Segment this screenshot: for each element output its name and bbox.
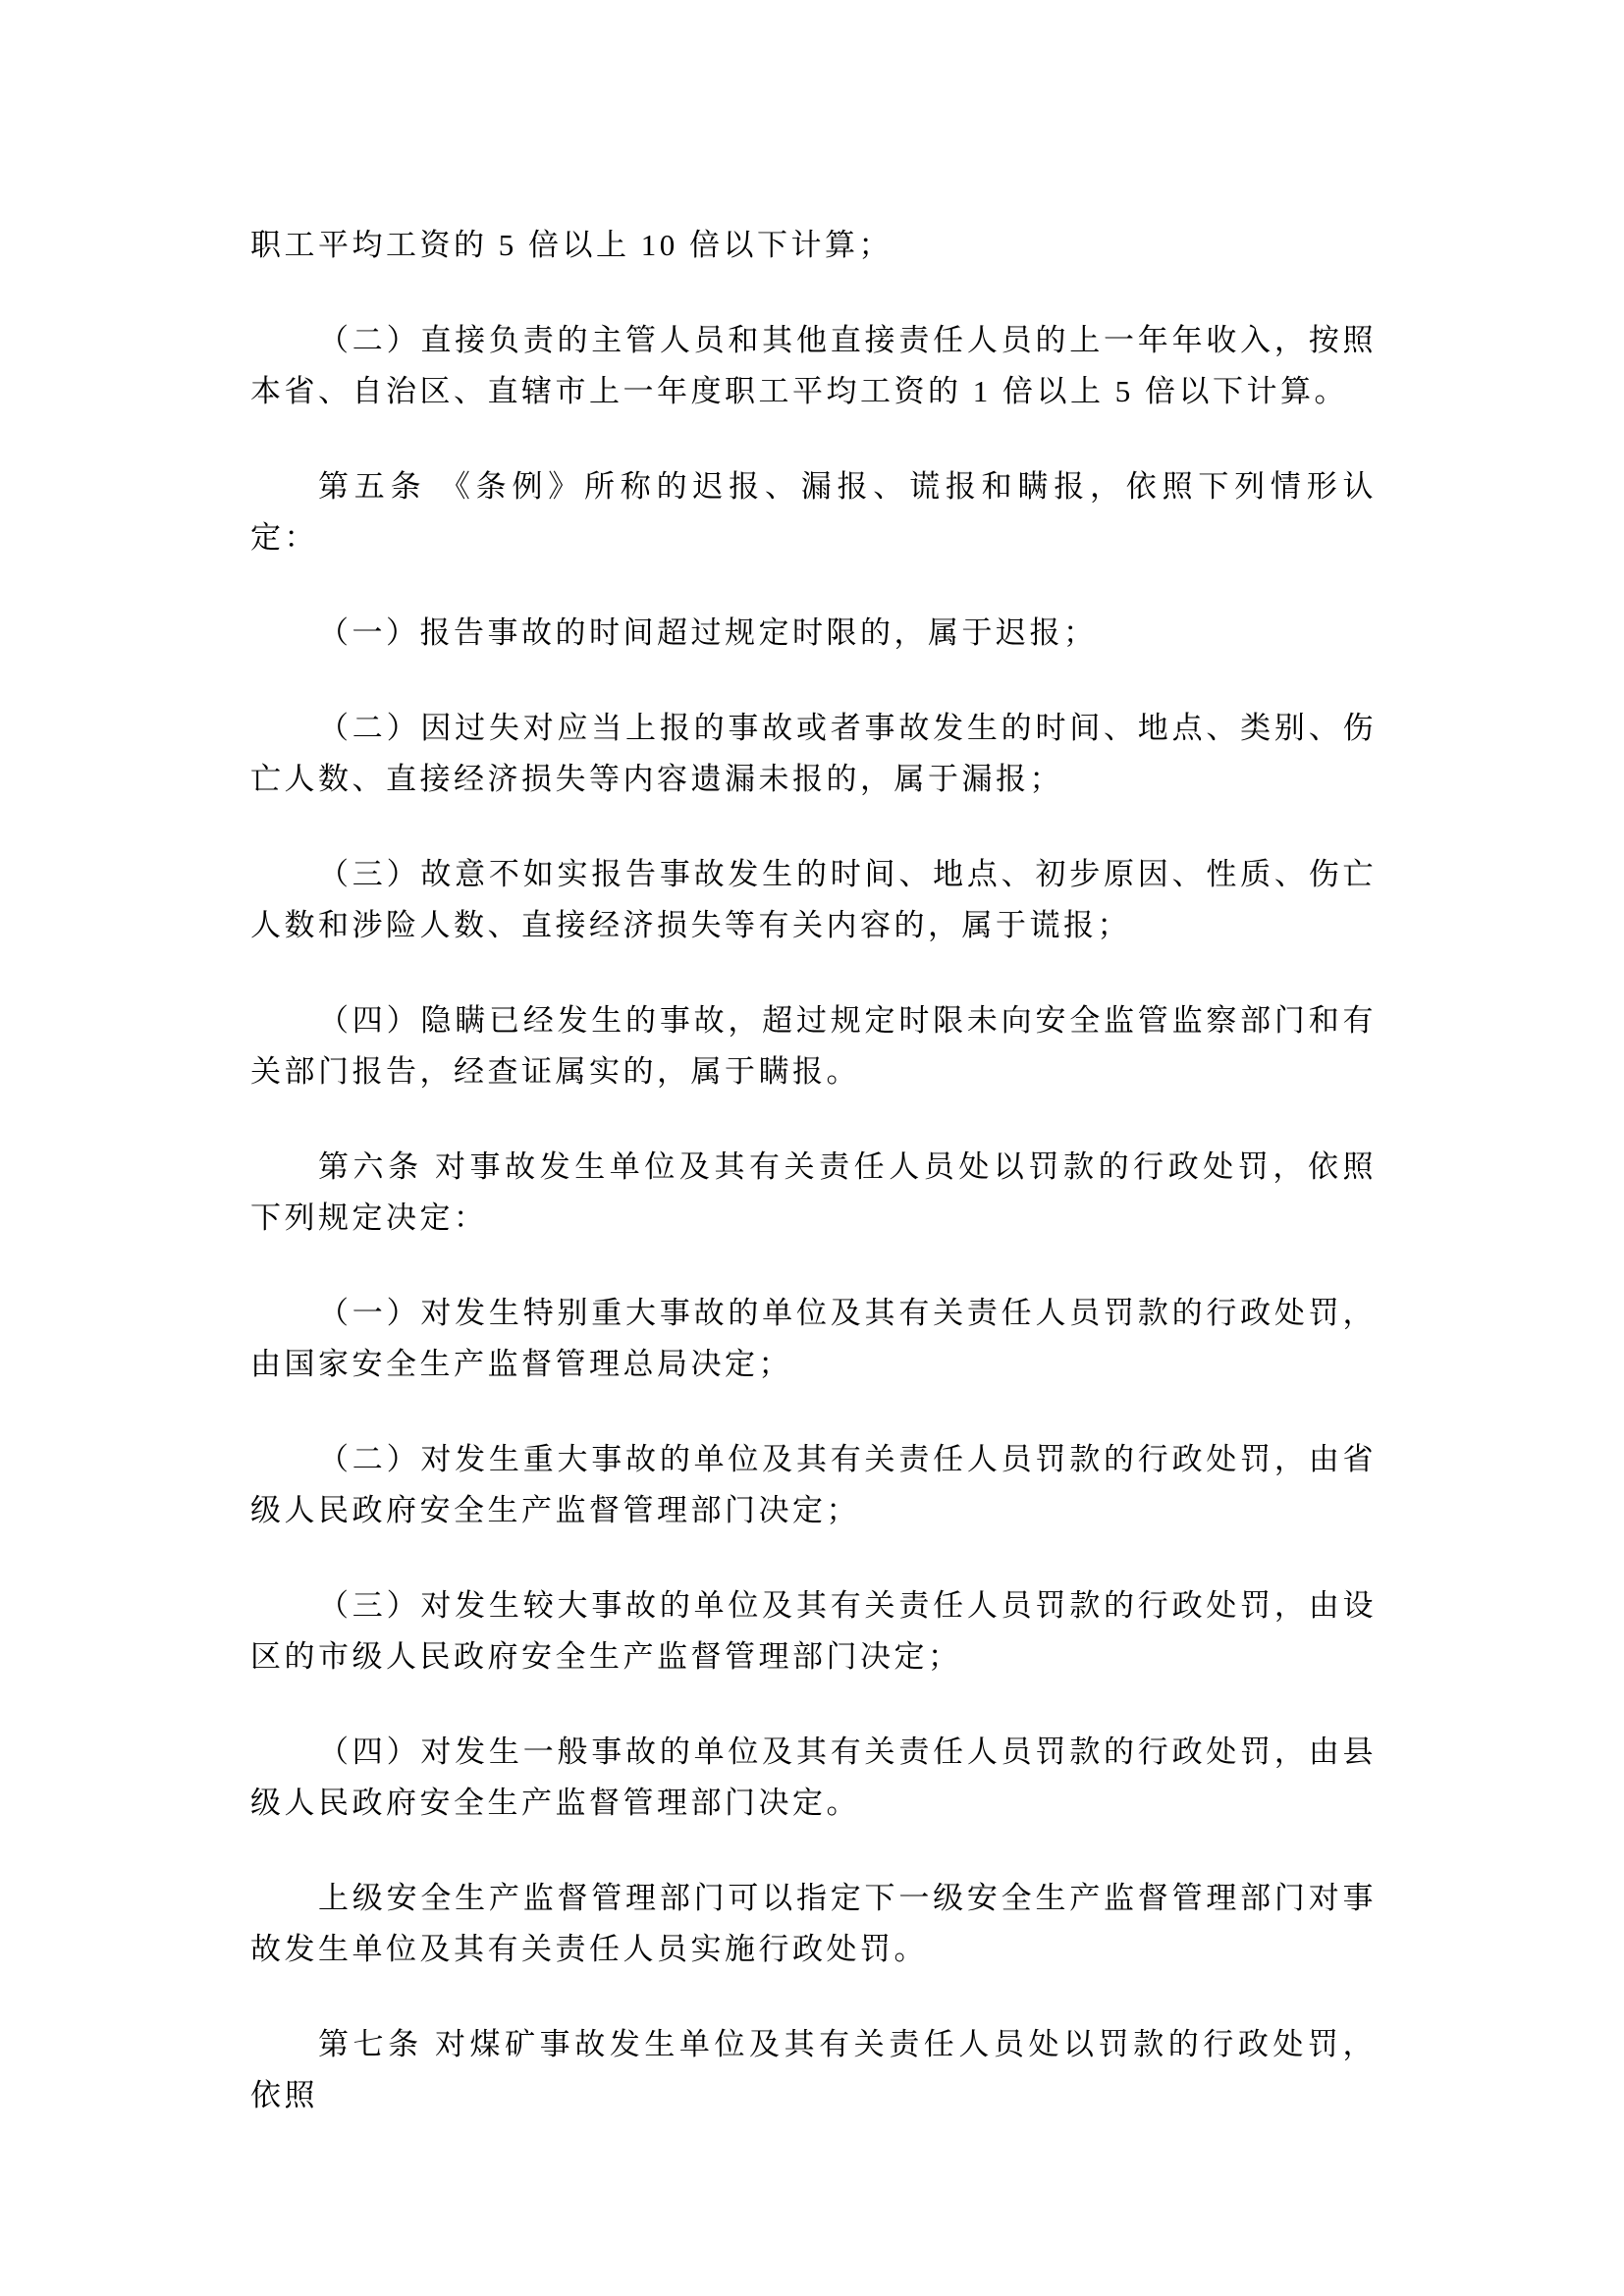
- paragraph: （一）对发生特别重大事故的单位及其有关责任人员罚款的行政处罚，由国家安全生产监督…: [250, 1288, 1377, 1390]
- paragraph: 第六条 对事故发生单位及其有关责任人员处以罚款的行政处罚，依照下列规定决定：: [250, 1142, 1377, 1244]
- paragraph: （三）对发生较大事故的单位及其有关责任人员罚款的行政处罚，由设区的市级人民政府安…: [250, 1580, 1377, 1682]
- document-page: 职工平均工资的 5 倍以上 10 倍以下计算；（二）直接负责的主管人员和其他直接…: [0, 0, 1624, 2296]
- paragraph: 第七条 对煤矿事故发生单位及其有关责任人员处以罚款的行政处罚，依照: [250, 2019, 1377, 2121]
- paragraph: （二）对发生重大事故的单位及其有关责任人员罚款的行政处罚，由省级人民政府安全生产…: [250, 1434, 1377, 1536]
- paragraph: 第五条 《条例》所称的迟报、漏报、谎报和瞒报，依照下列情形认定：: [250, 461, 1377, 563]
- paragraph: （一）报告事故的时间超过规定时限的，属于迟报；: [250, 608, 1377, 659]
- paragraph: （二）直接负责的主管人员和其他直接责任人员的上一年年收入，按照本省、自治区、直辖…: [250, 315, 1377, 417]
- paragraph: 上级安全生产监督管理部门可以指定下一级安全生产监督管理部门对事故发生单位及其有关…: [250, 1873, 1377, 1975]
- paragraph: （四）对发生一般事故的单位及其有关责任人员罚款的行政处罚，由县级人民政府安全生产…: [250, 1727, 1377, 1829]
- paragraph: （三）故意不如实报告事故发生的时间、地点、初步原因、性质、伤亡人数和涉险人数、直…: [250, 849, 1377, 951]
- paragraph: （四）隐瞒已经发生的事故，超过规定时限未向安全监管监察部门和有关部门报告，经查证…: [250, 995, 1377, 1097]
- paragraph: （二）因过失对应当上报的事故或者事故发生的时间、地点、类别、伤亡人数、直接经济损…: [250, 703, 1377, 805]
- paragraph: 职工平均工资的 5 倍以上 10 倍以下计算；: [250, 220, 1377, 271]
- document-body: 职工平均工资的 5 倍以上 10 倍以下计算；（二）直接负责的主管人员和其他直接…: [250, 220, 1377, 2121]
